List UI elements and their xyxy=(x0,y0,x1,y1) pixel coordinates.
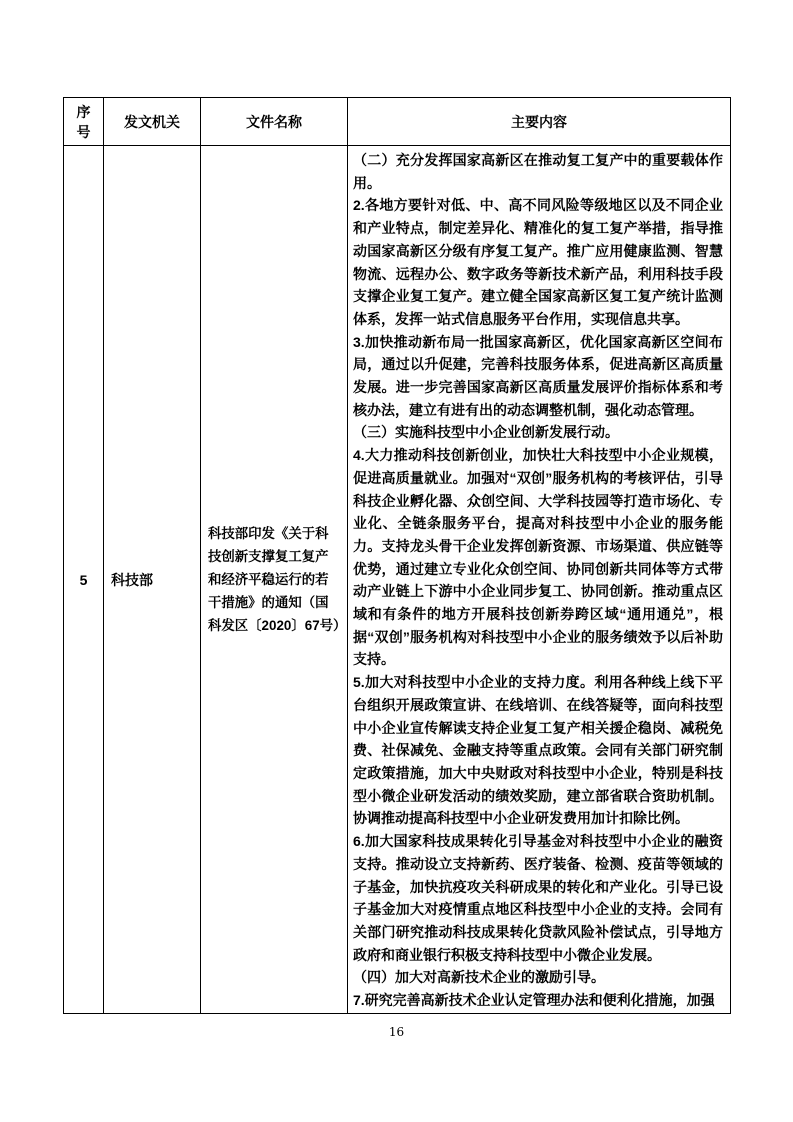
column-header-main-content-label: 主要内容 xyxy=(511,114,567,130)
issuing-agency-cell: 科技部 xyxy=(104,146,201,1014)
content-paragraph: 6.加大国家科技成果转化引导基金对科技型中小企业的融资支持。推动设立支持新药、医… xyxy=(353,830,723,966)
column-header-index: 序号 xyxy=(64,98,104,146)
column-header-agency-label: 发文机关 xyxy=(124,114,180,130)
content-paragraph: 2.各地方要针对低、中、高不同风险等级地区以及不同企业和产业特点，制定差异化、精… xyxy=(353,194,723,330)
issuing-agency-value: 科技部 xyxy=(111,572,153,588)
content-paragraph: （二）充分发挥国家高新区在推动复工复产中的重要载体作用。 xyxy=(353,149,723,194)
column-header-main-content: 主要内容 xyxy=(348,98,731,146)
content-paragraph: （三）实施科技型中小企业创新发展行动。 xyxy=(353,421,723,444)
content-paragraph: 7.研究完善高新技术企业认定管理办法和便利化措施，加强 xyxy=(353,989,723,1011)
table-header-row: 序号 发文机关 文件名称 主要内容 xyxy=(64,98,731,146)
main-content-text: （二）充分发挥国家高新区在推动复工复产中的重要载体作用。 2.各地方要针对低、中… xyxy=(353,149,723,1011)
document-title-cell: 科技部印发《关于科技创新支撑复工复产和经济平稳运行的若干措施》的通知（国科发区〔… xyxy=(201,146,348,1014)
document-table: 序号 发文机关 文件名称 主要内容 5 科技部 xyxy=(63,97,731,1014)
column-header-document-name-label: 文件名称 xyxy=(246,114,302,130)
content-paragraph: （四）加大对高新技术企业的激励引导。 xyxy=(353,966,723,989)
document-page: 序号 发文机关 文件名称 主要内容 5 科技部 xyxy=(0,0,793,1122)
content-paragraph: 5.加大对科技型中小企业的支持力度。利用各种线上线下平台组织开展政策宣讲、在线培… xyxy=(353,671,723,830)
main-content-cell: （二）充分发挥国家高新区在推动复工复产中的重要载体作用。 2.各地方要针对低、中… xyxy=(348,146,731,1014)
content-paragraph: 3.加快推动新布局一批国家高新区，优化国家高新区空间布局，通过以升促建，完善科技… xyxy=(353,331,723,422)
table-row: 5 科技部 科技部印发《关于科技创新支撑复工复产和经济平稳运行的若干措施》的通知… xyxy=(64,146,731,1014)
row-index-value: 5 xyxy=(80,572,88,588)
content-paragraph: 4.大力推动科技创新创业，加快壮大科技型中小企业规模，促进高质量就业。加强对“双… xyxy=(353,444,723,671)
document-title-text: 科技部印发《关于科技创新支撑复工复产和经济平稳运行的若干措施》的通知（国科发区〔… xyxy=(208,522,341,637)
column-header-index-label: 序号 xyxy=(76,102,92,142)
column-header-document-name: 文件名称 xyxy=(201,98,348,146)
row-index-cell: 5 xyxy=(64,146,104,1014)
column-header-agency: 发文机关 xyxy=(104,98,201,146)
page-number: 16 xyxy=(0,1025,793,1039)
